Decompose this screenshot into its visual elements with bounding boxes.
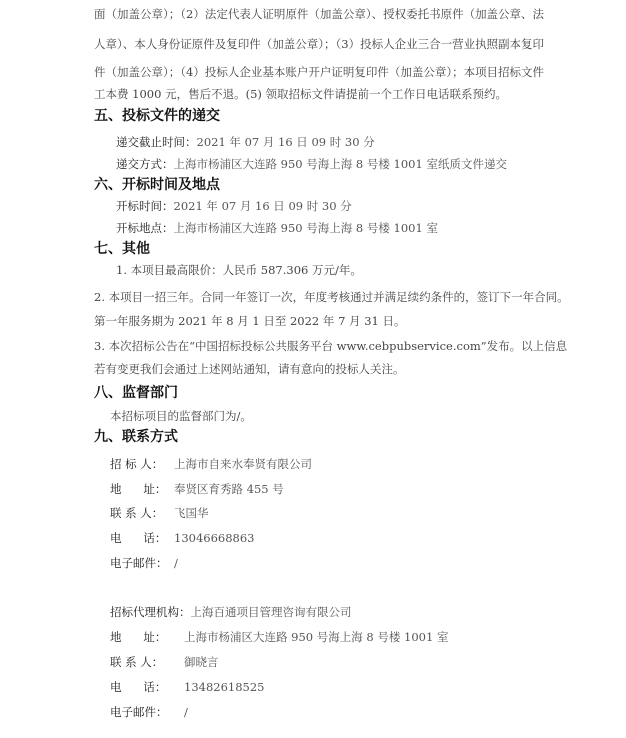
agency-email-value: / (184, 705, 188, 719)
tenderer-phone-row: 电 话：13046668863 (110, 530, 254, 546)
tenderer-address-value: 奉贤区育秀路 455 号 (174, 482, 284, 496)
agency-name-row: 招标代理机构：上海百通项目管理咨询有限公司 (110, 604, 352, 620)
tenderer-address-row: 地 址：奉贤区育秀路 455 号 (110, 481, 284, 497)
tenderer-email-value: / (174, 556, 178, 570)
agency-phone-label: 电 话： (110, 679, 184, 695)
opening-time: 开标时间：2021 年 07 月 16 日 09 时 30 分 (116, 198, 352, 214)
deadline-value: 2021 年 07 月 16 日 09 时 30 分 (197, 135, 375, 149)
tenderer-phone-value: 13046668863 (174, 531, 254, 545)
agency-contact-value: 御晓言 (184, 655, 219, 669)
agency-address-value: 上海市杨浦区大连路 950 号海上海 8 号楼 1001 室 (184, 630, 448, 644)
tenderer-name-value: 上海市自来水奉贤有限公司 (174, 457, 312, 471)
tenderer-email-label: 电子邮件： (110, 555, 174, 571)
deadline-label: 递交截止时间： (116, 134, 197, 150)
other-item-2-line-2: 第一年服务期为 2021 年 8 月 1 日至 2022 年 7 月 31 日。 (94, 313, 405, 329)
other-item-2-line-1: 2. 本项目一招三年。合同一年签订一次，年度考核通过并满足续约条件的，签订下一年… (94, 289, 569, 305)
tenderer-address-label: 地 址： (110, 481, 174, 497)
opening-place: 开标地点：上海市杨浦区大连路 950 号海上海 8 号楼 1001 室 (116, 220, 438, 236)
agency-address-row: 地 址：上海市杨浦区大连路 950 号海上海 8 号楼 1001 室 (110, 629, 448, 645)
tenderer-email-row: 电子邮件：/ (110, 555, 178, 571)
opening-time-label: 开标时间： (116, 198, 174, 214)
agency-contact-label: 联 系 人： (110, 654, 184, 670)
intro-line: 人章）、本人身份证原件及复印件（加盖公章）；（3）投标人企业三合一营业执照副本复… (94, 36, 544, 52)
tenderer-contact-label: 联 系 人： (110, 505, 174, 521)
tenderer-name-label: 招 标 人： (110, 456, 174, 472)
opening-place-label: 开标地点： (116, 220, 174, 236)
section-heading-submission: 五、投标文件的递交 (94, 107, 220, 125)
section-heading-supervision: 八、监督部门 (94, 384, 178, 402)
intro-line: 面（加盖公章）；（2）法定代表人证明原件（加盖公章）、授权委托书原件（加盖公章、… (94, 6, 544, 22)
agency-name-value: 上海百通项目管理咨询有限公司 (191, 605, 352, 619)
tenderer-phone-label: 电 话： (110, 530, 174, 546)
opening-time-value: 2021 年 07 月 16 日 09 时 30 分 (174, 199, 352, 213)
submission-deadline: 递交截止时间：2021 年 07 月 16 日 09 时 30 分 (116, 134, 375, 150)
agency-email-label: 电子邮件： (110, 704, 184, 720)
agency-email-row: 电子邮件：/ (110, 704, 188, 720)
method-label: 递交方式： (116, 156, 174, 172)
other-item-3-line-2: 若有变更我们会通过上述网站通知，请有意向的投标人关注。 (94, 361, 405, 377)
agency-phone-row: 电 话：13482618525 (110, 679, 264, 695)
method-value: 上海市杨浦区大连路 950 号海上海 8 号楼 1001 室纸质文件递交 (174, 157, 507, 171)
intro-line: 件（加盖公章）；（4）投标人企业基本账户开户证明复印件（加盖公章）；本项目招标文… (94, 64, 544, 80)
intro-line: 工本费 1000 元，售后不退。(5) 领取招标文件请提前一个工作日电话联系预约… (94, 86, 507, 102)
tenderer-name-row: 招 标 人：上海市自来水奉贤有限公司 (110, 456, 312, 472)
submission-method: 递交方式：上海市杨浦区大连路 950 号海上海 8 号楼 1001 室纸质文件递… (116, 156, 507, 172)
supervision-text: 本招标项目的监督部门为/。 (110, 408, 252, 424)
section-heading-contact: 九、联系方式 (94, 428, 178, 446)
other-item-1: 1. 本项目最高限价：人民币 587.306 万元/年。 (116, 262, 362, 278)
agency-name-label: 招标代理机构： (110, 604, 191, 620)
other-item-3-line-1: 3. 本次招标公告在“中国招标投标公共服务平台 www.cebpubservic… (94, 338, 567, 354)
tenderer-contact-value: 飞国华 (174, 506, 209, 520)
agency-contact-row: 联 系 人：御晓言 (110, 654, 219, 670)
opening-place-value: 上海市杨浦区大连路 950 号海上海 8 号楼 1001 室 (174, 221, 438, 235)
tenderer-contact-row: 联 系 人：飞国华 (110, 505, 209, 521)
agency-phone-value: 13482618525 (184, 680, 264, 694)
section-heading-opening: 六、开标时间及地点 (94, 176, 220, 194)
section-heading-other: 七、其他 (94, 240, 150, 258)
agency-address-label: 地 址： (110, 629, 184, 645)
